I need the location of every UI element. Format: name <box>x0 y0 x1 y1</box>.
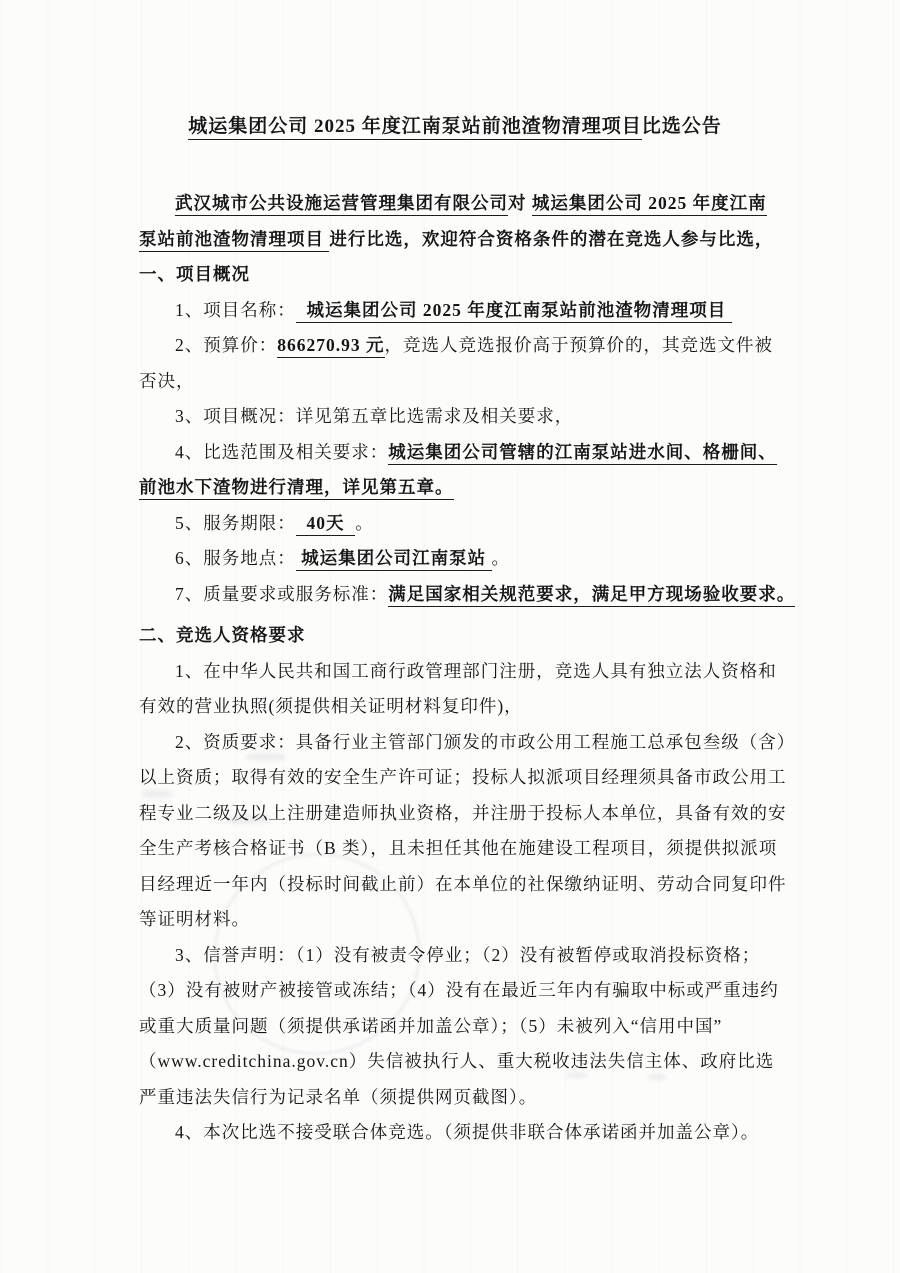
s2-item2-line3: 程专业二级及以上注册建造师执业资格，并注册于投标人本单位，具备有效的安 <box>139 796 791 832</box>
s2-item3-line4: （www.creditchina.gov.cn）失信被执行人、重大税收违法失信主… <box>139 1044 791 1080</box>
s2-item3-line3: 或重大质量问题（须提供承诺函并加盖公章）；（5）未被列入“信用中国” <box>139 1009 791 1045</box>
s1-item1-label: 1、项目名称： <box>175 300 296 320</box>
s1-item2-label: 2、预算价： <box>175 335 277 355</box>
s1-item4-continuation: 前池水下渣物进行清理，详见第五章。 <box>139 470 791 506</box>
s1-item6-service-location: 6、服务地点： 城运集团公司江南泵站 。 <box>139 541 791 577</box>
s1-item1-project-name: 1、项目名称： 城运集团公司 2025 年度江南泵站前池渣物清理项目 <box>139 293 791 329</box>
s1-item5-value: 40天 <box>296 513 356 536</box>
intro-project-name-part1: 城运集团公司 2025 年度江南 <box>532 193 767 216</box>
s1-item5-label: 5、服务期限： <box>175 513 296 533</box>
s1-item3-overview: 3、项目概况：详见第五章比选需求及相关要求， <box>139 399 791 435</box>
scanned-document-page: 城运集团公司 2025 年度江南泵站前池渣物清理项目比选公告 武汉城市公共设施运… <box>0 0 900 1273</box>
s1-item7-label: 7、质量要求或服务标准： <box>175 584 388 604</box>
s1-item1-value: 城运集团公司 2025 年度江南泵站前池渣物清理项目 <box>296 300 732 323</box>
section2-heading: 二、竞选人资格要求 <box>139 618 791 654</box>
s1-item6-value: 城运集团公司江南泵站 <box>296 548 492 571</box>
s2-item2-line4: 全生产考核合格证书（B 类），且未担任其他在施建设工程项目，须提供拟派项 <box>139 831 791 867</box>
s1-item6-rest: 。 <box>492 548 511 568</box>
s2-item1-line2: 有效的营业执照(须提供相关证明材料复印件)， <box>139 689 791 725</box>
s1-item5-service-period: 5、服务期限： 40天 。 <box>139 506 791 542</box>
doc-title: 城运集团公司 2025 年度江南泵站前池渣物清理项目比选公告 <box>139 112 791 142</box>
doc-title-project-name: 城运集团公司 2025 年度江南泵站前池渣物清理项目 <box>188 116 642 140</box>
s2-item4-no-consortium: 4、本次比选不接受联合体竞选。（须提供非联合体承诺函并加盖公章）。 <box>139 1115 791 1151</box>
s1-item2-budget-price: 2、预算价：866270.93 元，竞选人竞选报价高于预算价的，其竞选文件被 <box>139 328 791 364</box>
intro-project-name-part2: 泵站前池渣物清理项目 <box>139 229 329 252</box>
s1-item2-value: 866270.93 元 <box>277 335 384 358</box>
document-content: 城运集团公司 2025 年度江南泵站前池渣物清理项目比选公告 武汉城市公共设施运… <box>139 0 791 1151</box>
s1-item4-value-part2: 前池水下渣物进行清理，详见第五章。 <box>139 477 454 500</box>
s2-item2-line5: 目经理近一年内（投标时间截止前）在本单位的社保缴纳证明、劳动合同复印件 <box>139 867 791 903</box>
s2-item1-line1: 1、在中华人民共和国工商行政管理部门注册，竞选人具有独立法人资格和 <box>139 654 791 690</box>
intro-connector: 对 <box>508 193 532 213</box>
s2-item3-line5: 严重违法失信行为记录名单（须提供网页截图）。 <box>139 1080 791 1116</box>
intro-line-1: 武汉城市公共设施运营管理集团有限公司对 城运集团公司 2025 年度江南 <box>139 186 791 222</box>
section1-heading: 一、项目概况 <box>139 257 791 293</box>
intro-line-2: 泵站前池渣物清理项目 进行比选，欢迎符合资格条件的潜在竞选人参与比选， <box>139 222 791 258</box>
s1-item5-rest: 。 <box>355 513 374 533</box>
intro-rest: 进行比选，欢迎符合资格条件的潜在竞选人参与比选， <box>329 229 773 249</box>
s2-item3-line1: 3、信誉声明：（1）没有被责令停业；（2）没有被暂停或取消投标资格； <box>139 938 791 974</box>
intro-org-name: 武汉城市公共设施运营管理集团有限公司 <box>175 193 508 216</box>
s1-item4-label: 4、比选范围及相关要求： <box>175 442 388 462</box>
s1-item6-label: 6、服务地点： <box>175 548 296 568</box>
s1-item2-rest: ，竞选人竞选报价高于预算价的，其竞选文件被 <box>385 335 774 355</box>
doc-title-suffix: 比选公告 <box>642 116 722 137</box>
s1-item2-continuation: 否决， <box>139 364 791 400</box>
s1-item7-quality-standard: 7、质量要求或服务标准：满足国家相关规范要求，满足甲方现场验收要求。 <box>139 577 791 613</box>
s1-item4-scope: 4、比选范围及相关要求：城运集团公司管辖的江南泵站进水间、格栅间、 <box>139 435 791 471</box>
s2-item2-line2: 以上资质；取得有效的安全生产许可证；投标人拟派项目经理须具备市政公用工 <box>139 760 791 796</box>
s2-item2-line6: 等证明材料。 <box>139 902 791 938</box>
s1-item4-value: 城运集团公司管辖的江南泵站进水间、格栅间、 <box>388 442 777 465</box>
s2-item2-line1: 2、资质要求：具备行业主管部门颁发的市政公用工程施工总承包叁级（含） <box>139 725 791 761</box>
s1-item7-value: 满足国家相关规范要求，满足甲方现场验收要求。 <box>388 584 795 607</box>
s2-item3-line2: （3）没有被财产被接管或冻结；（4）没有在最近三年内有骗取中标或严重违约 <box>139 973 791 1009</box>
